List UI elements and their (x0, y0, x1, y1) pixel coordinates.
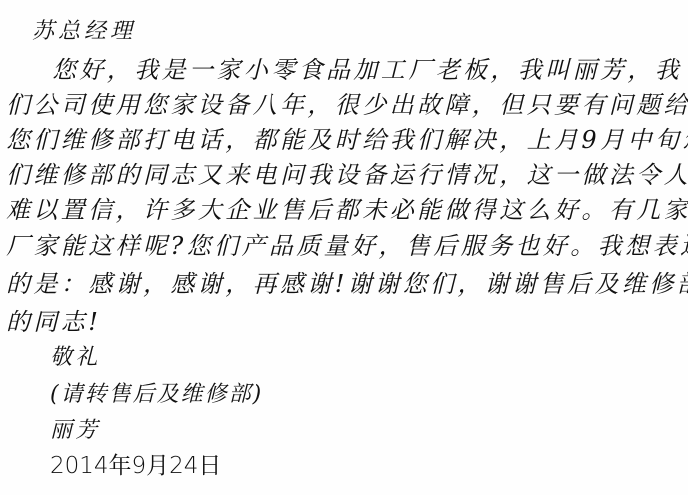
salutation: 苏总经理 (32, 18, 684, 46)
body-line-8: 的同志! (6, 308, 684, 336)
body-line-3: 您们维修部打电话，都能及时给我们解决，上月9月中旬您 (6, 126, 684, 154)
body-line-4: 们维修部的同志又来电问我设备运行情况，这一做法令人 (6, 161, 684, 189)
body-line-6: 厂家能这样呢?您们产品质量好，售后服务也好。我想表达 (6, 232, 684, 260)
closing: 敬礼 (50, 344, 684, 372)
forward-note: (请转售后及维修部) (50, 381, 684, 409)
body-line-1: 您好，我是一家小零食品加工厂老板，我叫丽芳，我 (52, 56, 684, 84)
body-line-5: 难以置信，许多大企业售后都未必能做得这么好。有几家 (6, 196, 684, 224)
handwritten-letter: 苏总经理 您好，我是一家小零食品加工厂老板，我叫丽芳，我 们公司使用您家设备八年… (0, 0, 688, 495)
signature: 丽芳 (50, 417, 684, 445)
letter-date: 2014年9月24日 (50, 452, 684, 480)
body-line-7: 的是：感谢，感谢，再感谢!谢谢您们，谢谢售后及维修部 (6, 270, 684, 298)
body-line-2: 们公司使用您家设备八年，很少出故障，但只要有问题给 (6, 91, 684, 119)
